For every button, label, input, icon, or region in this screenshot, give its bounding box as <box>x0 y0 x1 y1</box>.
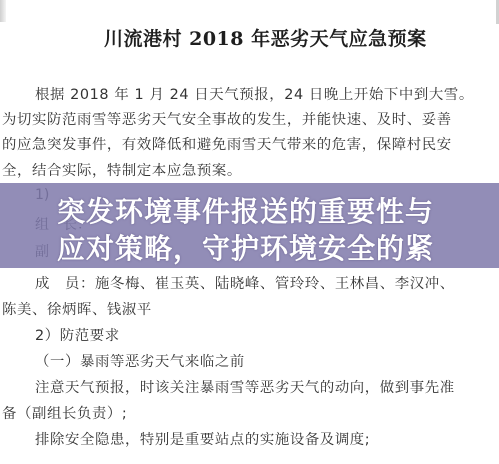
body-line: 注意天气预报，时该关注暴雨雪等恶劣天气的动向，做到事先准 <box>35 376 455 397</box>
body-line: 备（副组长负责）; <box>2 402 127 423</box>
paragraph-line: 的应急突发事件，有效降低和避免雨雪天气带来的危害，保障村民安 <box>2 133 452 154</box>
headline-line-1: 突发环境事件报送的重要性与 <box>57 190 434 230</box>
members-line: 陈美、徐炳晖、钱淑平 <box>2 298 152 319</box>
paragraph-line: 为切实防范雨雪等恶劣天气安全事故的发生，并能快速、及时、妥善 <box>2 108 452 129</box>
headline-line-2: 应对策略，守护环境安全的紧 <box>57 227 434 267</box>
subsection-heading: （一）暴雨等恶劣天气来临之前 <box>35 350 245 371</box>
paragraph-line: 根据 2018 年 1 月 24 日天气预报，24 日晚上开始下中到大雪。 <box>35 83 474 104</box>
document-title: 川流港村 2018 年恶劣天气应急预案 <box>104 24 444 51</box>
page-edge-left <box>0 0 6 22</box>
paragraph-line: 全，结合实际，特制定本应急预案。 <box>2 159 242 180</box>
members-line: 成 员：施冬梅、崔玉英、陆晓峰、管玲玲、王林昌、李汉冲、 <box>35 272 455 293</box>
obscured-line: 1) <box>35 187 49 203</box>
headline-banner[interactable]: 1) 组 长： 副 突发环境事件报送的重要性与 应对策略，守护环境安全的紧 <box>0 183 499 268</box>
body-line: 排除安全隐患，特别是重要站点的实施设备及调度; <box>35 428 370 449</box>
section-heading: 2）防范要求 <box>35 324 120 345</box>
obscured-line: 副 <box>35 241 49 261</box>
